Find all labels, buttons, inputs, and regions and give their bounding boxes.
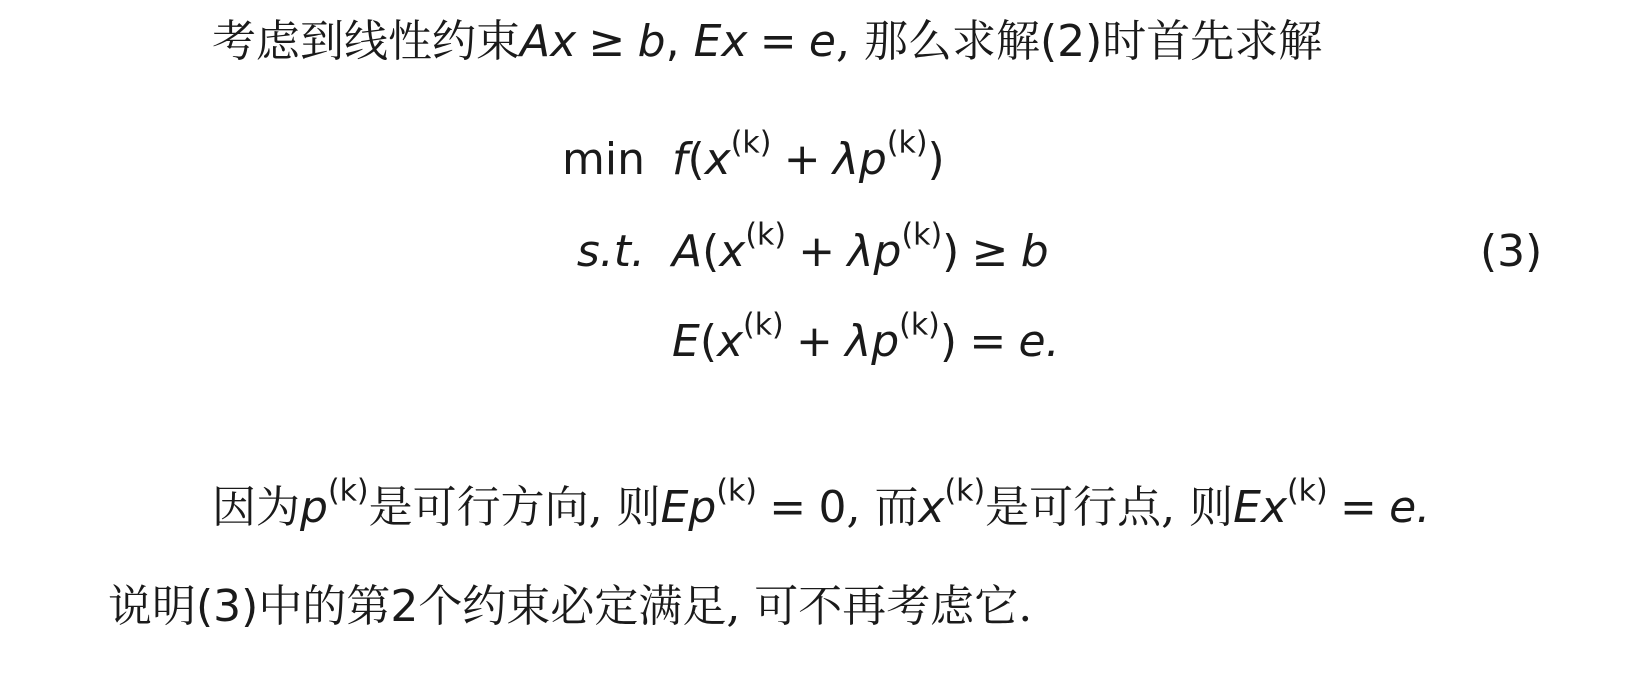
superscript-k: (k) — [731, 125, 772, 160]
sup-text: (k) — [716, 473, 757, 508]
equality-constraint: E(x(k)+λp(k))=e. — [672, 320, 1060, 364]
var-p: p — [859, 134, 887, 185]
paren-open: ( — [702, 226, 719, 277]
equation-ref-2: (2) — [1040, 16, 1102, 67]
equation-ref-3: (3) — [196, 581, 258, 632]
vector-e: e. — [1019, 316, 1060, 367]
superscript-k: (k) — [899, 307, 940, 342]
paren-open: ( — [700, 316, 717, 367]
plus-sign: + — [771, 134, 833, 185]
text-and: , 而 — [846, 482, 918, 533]
vector-b: b — [1021, 226, 1049, 277]
paren-close: ) — [928, 134, 945, 185]
text-in-the: 中的第 — [258, 581, 390, 632]
superscript-k: (k) — [743, 307, 784, 342]
superscript-k: (k) — [901, 217, 942, 252]
keyword-subject-to: s.t. — [545, 230, 645, 274]
superscript-k: (k) — [716, 473, 757, 508]
var-p: p — [874, 226, 902, 277]
var-lambda: λ — [847, 226, 873, 277]
objective-function: f(x(k)+λp(k)) — [672, 138, 945, 182]
var-lambda: λ — [833, 134, 859, 185]
superscript-k: (k) — [887, 125, 928, 160]
intro-text-prefix: 考虑到线性约束 — [212, 16, 520, 67]
var-lambda: λ — [845, 316, 871, 367]
constraint-ex-op: = — [747, 16, 809, 67]
superscript-k: (k) — [945, 473, 986, 508]
var-x: x — [719, 226, 745, 277]
explanation-line-1: 因为p(k)是可行方向, 则Ep(k)=0, 而x(k)是可行点, 则Ex(k)… — [212, 486, 1430, 530]
text-shows: 说明 — [108, 581, 196, 632]
var-p: p — [300, 482, 328, 533]
keyword-min: min — [545, 138, 645, 182]
sup-text: (k) — [743, 307, 784, 342]
intro-text-suffix: 时首先求解 — [1102, 16, 1322, 67]
constraint-number: 2 — [390, 581, 418, 632]
equals-sign: = — [757, 482, 819, 533]
sup-text: (k) — [1287, 473, 1328, 508]
constraint-ax-rhs: b — [638, 16, 666, 67]
superscript-k: (k) — [745, 217, 786, 252]
relation-geq: ≥ — [959, 226, 1021, 277]
equals-sign: = — [1328, 482, 1390, 533]
sup-text: (k) — [328, 473, 369, 508]
constraint-ax-lhs: Ax — [520, 16, 576, 67]
intro-sentence: 考虑到线性约束Ax≥b, Ex=e, 那么求解(2)时首先求解 — [212, 20, 1322, 64]
text-feasible-direction: 是可行方向, 则 — [369, 482, 661, 533]
constraint-ex-lhs: Ex — [694, 16, 748, 67]
func-f: f — [672, 134, 688, 185]
matrix-a: A — [672, 226, 702, 277]
explanation-line-2: 说明(3)中的第2个约束必定满足, 可不再考虑它. — [108, 585, 1032, 629]
term-ex: Ex — [1233, 482, 1287, 533]
plus-sign: + — [784, 316, 846, 367]
sup-text: (k) — [945, 473, 986, 508]
constraint-separator: , — [666, 16, 694, 67]
vector-e: e. — [1389, 482, 1430, 533]
intro-text-mid: , 那么求解 — [836, 16, 1040, 67]
var-x: x — [918, 482, 944, 533]
var-x: x — [705, 134, 731, 185]
paren-open: ( — [688, 134, 705, 185]
term-ep: Ep — [661, 482, 717, 533]
equation-number: (3) — [1480, 230, 1542, 274]
sup-text: (k) — [745, 217, 786, 252]
constraint-ex-rhs: e — [809, 16, 836, 67]
text-feasible-point: 是可行点, 则 — [985, 482, 1233, 533]
inequality-constraint: A(x(k)+λp(k))≥b — [672, 230, 1049, 274]
sup-text: (k) — [899, 307, 940, 342]
sup-text: (k) — [731, 125, 772, 160]
text-conclusion: 个约束必定满足, 可不再考虑它. — [418, 581, 1032, 632]
value-zero: 0 — [818, 482, 846, 533]
sup-text: (k) — [901, 217, 942, 252]
plus-sign: + — [786, 226, 848, 277]
superscript-k: (k) — [1287, 473, 1328, 508]
superscript-k: (k) — [328, 473, 369, 508]
matrix-e: E — [672, 316, 700, 367]
text-because: 因为 — [212, 482, 300, 533]
constraint-ax-op: ≥ — [576, 16, 638, 67]
var-p: p — [871, 316, 899, 367]
relation-eq: = — [957, 316, 1019, 367]
paren-close: ) — [942, 226, 959, 277]
paren-close: ) — [940, 316, 957, 367]
sup-text: (k) — [887, 125, 928, 160]
var-x: x — [717, 316, 743, 367]
